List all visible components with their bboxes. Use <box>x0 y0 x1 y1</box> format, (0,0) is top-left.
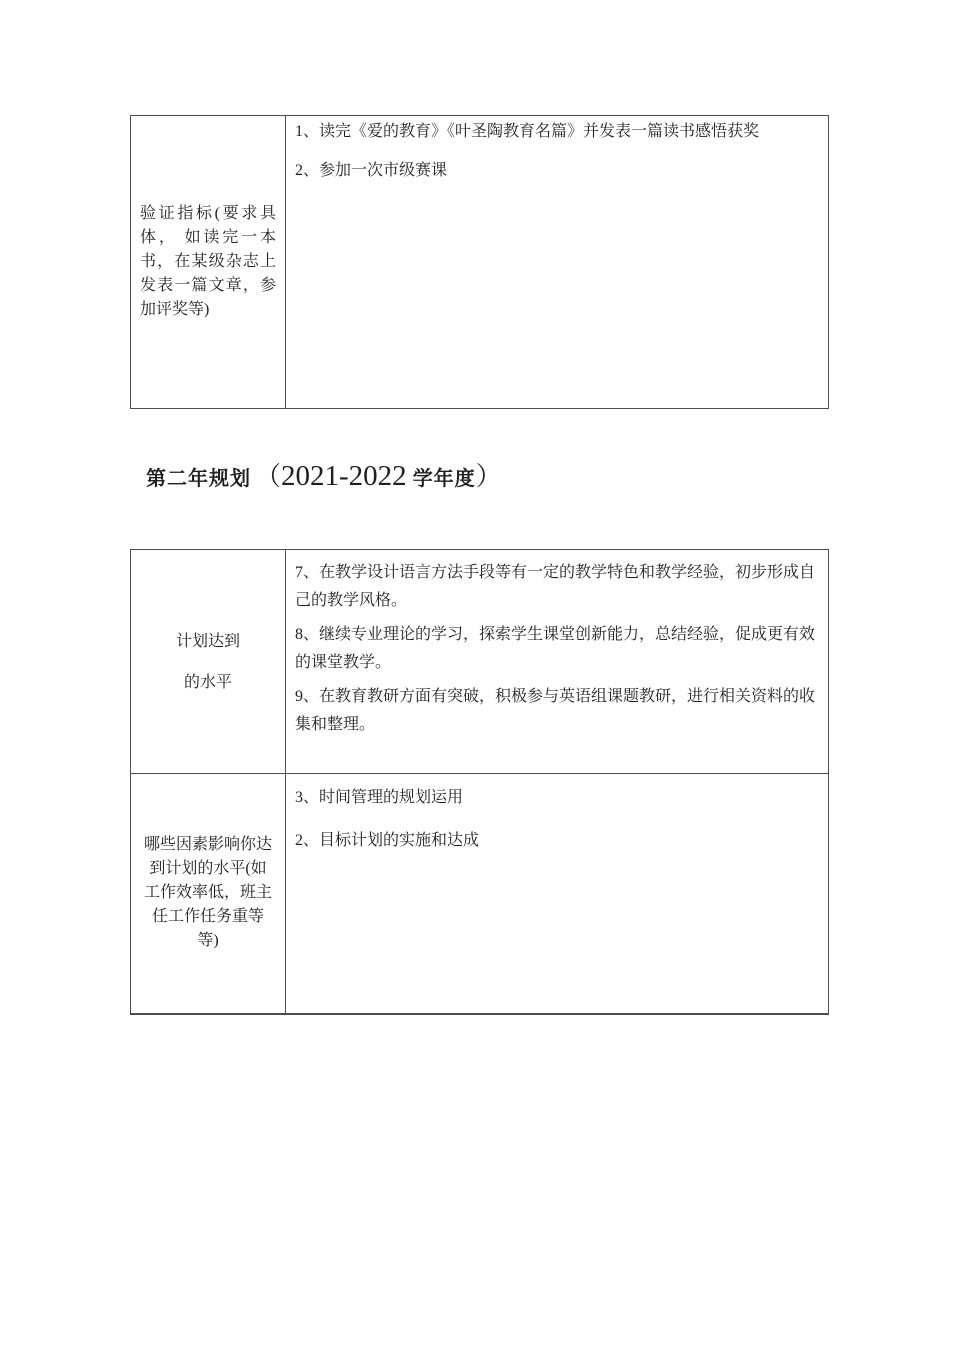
verification-indicator-content: 1、读完《爱的教育》《叶圣陶教育名篇》并发表一篇读书感悟获奖 2、参加一次市级赛… <box>286 116 829 409</box>
table-row: 哪些因素影响你达 到计划的水平(如 工作效率低，班主 任工作任务重等 等) 3、… <box>131 774 829 1014</box>
list-item: 2、参加一次市级赛课 <box>295 159 816 183</box>
influencing-factors-content: 3、时间管理的规划运用 2、目标计划的实施和达成 <box>286 774 829 1014</box>
list-item: 7、在教学设计语言方法手段等有一定的教学特色和教学经验，初步形成自己的教学风格。 <box>295 559 816 615</box>
heading-years: 2021-2022 <box>281 460 407 492</box>
table-row: 计划达到 的水平 7、在教学设计语言方法手段等有一定的教学特色和教学经验，初步形… <box>131 550 829 774</box>
list-item: 9、在教育教研方面有突破，积极参与英语组课题教研，进行相关资料的收集和整理。 <box>295 683 816 739</box>
influencing-factors-label: 哪些因素影响你达 到计划的水平(如 工作效率低，班主 任工作任务重等 等) <box>131 774 286 1014</box>
planned-level-label: 计划达到 的水平 <box>131 550 286 774</box>
list-item: 3、时间管理的规划运用 <box>295 786 816 810</box>
heading-close-paren: ） <box>476 462 502 491</box>
planned-level-content: 7、在教学设计语言方法手段等有一定的教学特色和教学经验，初步形成自己的教学风格。… <box>286 550 829 774</box>
table-row: 验证指标(要求具体， 如读完一本书，在某级杂志上发表一篇文章，参加评奖等) 1、… <box>131 116 829 409</box>
document-page: 验证指标(要求具体， 如读完一本书，在某级杂志上发表一篇文章，参加评奖等) 1、… <box>0 0 960 1357</box>
list-item: 8、继续专业理论的学习，探索学生课堂创新能力，总结经验，促成更有效的课堂教学。 <box>295 621 816 677</box>
heading-title: 第二年规划 <box>146 468 251 490</box>
heading-open-paren: （ <box>255 462 281 491</box>
second-year-plan-table: 计划达到 的水平 7、在教学设计语言方法手段等有一定的教学特色和教学经验，初步形… <box>130 549 829 1015</box>
verification-indicator-table: 验证指标(要求具体， 如读完一本书，在某级杂志上发表一篇文章，参加评奖等) 1、… <box>130 115 829 409</box>
heading-term: 学年度 <box>407 468 476 490</box>
verification-indicator-label: 验证指标(要求具体， 如读完一本书，在某级杂志上发表一篇文章，参加评奖等) <box>131 116 286 409</box>
list-item: 1、读完《爱的教育》《叶圣陶教育名篇》并发表一篇读书感悟获奖 <box>295 120 816 144</box>
list-item: 2、目标计划的实施和达成 <box>295 829 816 853</box>
section-heading: 第二年规划 （2021-2022 学年度） <box>146 458 502 499</box>
